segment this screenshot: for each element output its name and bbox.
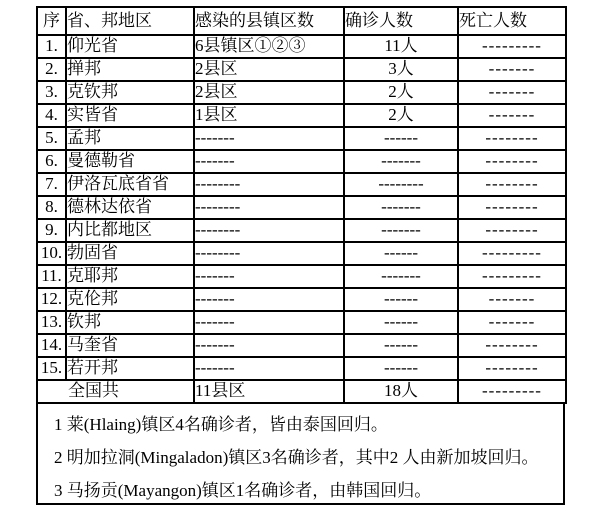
seq-cell: 13. [37, 311, 66, 334]
confirmed-cell: ------ [344, 311, 458, 334]
header-confirmed: 确诊人数 [344, 7, 458, 35]
region-cell: 克耶邦 [66, 265, 194, 288]
region-cell: 实皆省 [66, 104, 194, 127]
townships-cell: ------- [194, 150, 344, 173]
seq-cell: 7. [37, 173, 66, 196]
seq-cell: 3. [37, 81, 66, 104]
deaths-cell: ------- [458, 81, 566, 104]
total-confirmed-cell: 18人 [344, 380, 458, 403]
deaths-cell: ------- [458, 58, 566, 81]
deaths-cell: --------- [458, 265, 566, 288]
townships-cell: 1县区 [194, 104, 344, 127]
region-cell: 伊洛瓦底省省 [66, 173, 194, 196]
deaths-cell: -------- [458, 150, 566, 173]
region-cell: 仰光省 [66, 35, 194, 58]
header-region: 省、邦地区 [66, 7, 194, 35]
region-cell: 克伦邦 [66, 288, 194, 311]
region-cell: 马奎省 [66, 334, 194, 357]
seq-cell: 1. [37, 35, 66, 58]
infection-table: 序 省、邦地区 感染的县镇区数 确诊人数 死亡人数 1. 仰光省 6县镇区①②③… [36, 6, 567, 404]
total-label-cell: 全国共 [37, 380, 194, 403]
table-row: 13. 钦邦 ------- ------ ------- [37, 311, 566, 334]
seq-cell: 9. [37, 219, 66, 242]
deaths-cell: --------- [458, 35, 566, 58]
total-townships-cell: 11县区 [194, 380, 344, 403]
footnote-3: 3 马扬贡(Mayangon)镇区1名确诊者，由韩国回归。 [54, 472, 557, 505]
confirmed-cell: 3人 [344, 58, 458, 81]
seq-cell: 8. [37, 196, 66, 219]
seq-cell: 14. [37, 334, 66, 357]
deaths-cell: -------- [458, 173, 566, 196]
region-cell: 勃固省 [66, 242, 194, 265]
townships-cell: ------- [194, 334, 344, 357]
table-row: 6. 曼德勒省 ------- ------- -------- [37, 150, 566, 173]
table-header: 序 省、邦地区 感染的县镇区数 确诊人数 死亡人数 [37, 7, 566, 35]
table-row: 1. 仰光省 6县镇区①②③ 11人 --------- [37, 35, 566, 58]
townships-cell: -------- [194, 196, 344, 219]
deaths-cell: -------- [458, 219, 566, 242]
townships-cell: ------- [194, 127, 344, 150]
townships-cell: 2县区 [194, 81, 344, 104]
region-cell: 德林达依省 [66, 196, 194, 219]
deaths-cell: -------- [458, 357, 566, 380]
total-deaths-cell: --------- [458, 380, 566, 403]
region-cell: 内比都地区 [66, 219, 194, 242]
seq-cell: 4. [37, 104, 66, 127]
confirmed-cell: ------ [344, 334, 458, 357]
seq-cell: 10. [37, 242, 66, 265]
table-row: 7. 伊洛瓦底省省 -------- -------- -------- [37, 173, 566, 196]
table-row: 8. 德林达依省 -------- ------- -------- [37, 196, 566, 219]
deaths-cell: -------- [458, 196, 566, 219]
seq-cell: 11. [37, 265, 66, 288]
total-row: 全国共 11县区 18人 --------- [37, 380, 566, 403]
townships-cell: 6县镇区①②③ [194, 35, 344, 58]
deaths-cell: ------- [458, 311, 566, 334]
townships-cell: 2县区 [194, 58, 344, 81]
townships-cell: -------- [194, 219, 344, 242]
confirmed-cell: ------- [344, 150, 458, 173]
footnote-2: 2 明加拉洞(Mingaladon)镇区3名确诊者，其中2 人由新加坡回归。 [54, 439, 557, 472]
table-row: 14. 马奎省 ------- ------ -------- [37, 334, 566, 357]
confirmed-cell: ------ [344, 357, 458, 380]
townships-cell: ------- [194, 357, 344, 380]
header-townships: 感染的县镇区数 [194, 7, 344, 35]
seq-cell: 12. [37, 288, 66, 311]
table-row: 4. 实皆省 1县区 2人 ------- [37, 104, 566, 127]
townships-cell: ------- [194, 311, 344, 334]
townships-cell: -------- [194, 242, 344, 265]
region-cell: 孟邦 [66, 127, 194, 150]
region-cell: 若开邦 [66, 357, 194, 380]
confirmed-cell: -------- [344, 173, 458, 196]
table-body: 1. 仰光省 6县镇区①②③ 11人 --------- 2. 掸邦 2县区 3… [37, 35, 566, 380]
footnotes-box: 1 莱(Hlaing)镇区4名确诊者，皆由泰国回归。 2 明加拉洞(Mingal… [36, 402, 565, 505]
townships-cell: ------- [194, 288, 344, 311]
confirmed-cell: ------- [344, 196, 458, 219]
seq-cell: 5. [37, 127, 66, 150]
confirmed-cell: 2人 [344, 104, 458, 127]
header-row: 序 省、邦地区 感染的县镇区数 确诊人数 死亡人数 [37, 7, 566, 35]
header-deaths: 死亡人数 [458, 7, 566, 35]
table-row: 10. 勃固省 -------- ------ --------- [37, 242, 566, 265]
confirmed-cell: ------- [344, 265, 458, 288]
townships-cell: -------- [194, 173, 344, 196]
seq-cell: 2. [37, 58, 66, 81]
table-row: 5. 孟邦 ------- ------ -------- [37, 127, 566, 150]
table-row: 2. 掸邦 2县区 3人 ------- [37, 58, 566, 81]
header-seq: 序 [37, 7, 66, 35]
table-row: 9. 内比都地区 -------- ------- -------- [37, 219, 566, 242]
footnote-1: 1 莱(Hlaing)镇区4名确诊者，皆由泰国回归。 [54, 406, 557, 439]
seq-cell: 6. [37, 150, 66, 173]
confirmed-cell: ------- [344, 219, 458, 242]
confirmed-cell: ------ [344, 242, 458, 265]
region-cell: 克钦邦 [66, 81, 194, 104]
region-cell: 曼德勒省 [66, 150, 194, 173]
deaths-cell: -------- [458, 127, 566, 150]
table-row: 12. 克伦邦 ------- ------ ------- [37, 288, 566, 311]
table-row: 11. 克耶邦 ------- ------- --------- [37, 265, 566, 288]
seq-cell: 15. [37, 357, 66, 380]
deaths-cell: ------- [458, 288, 566, 311]
confirmed-cell: 11人 [344, 35, 458, 58]
region-cell: 掸邦 [66, 58, 194, 81]
confirmed-cell: 2人 [344, 81, 458, 104]
table-row: 15. 若开邦 ------- ------ -------- [37, 357, 566, 380]
region-cell: 钦邦 [66, 311, 194, 334]
townships-cell: ------- [194, 265, 344, 288]
deaths-cell: ------- [458, 104, 566, 127]
report-page: 序 省、邦地区 感染的县镇区数 确诊人数 死亡人数 1. 仰光省 6县镇区①②③… [36, 6, 565, 505]
table-row: 3. 克钦邦 2县区 2人 ------- [37, 81, 566, 104]
confirmed-cell: ------ [344, 127, 458, 150]
deaths-cell: --------- [458, 242, 566, 265]
table-footer: 全国共 11县区 18人 --------- [37, 380, 566, 403]
confirmed-cell: ------ [344, 288, 458, 311]
deaths-cell: -------- [458, 334, 566, 357]
